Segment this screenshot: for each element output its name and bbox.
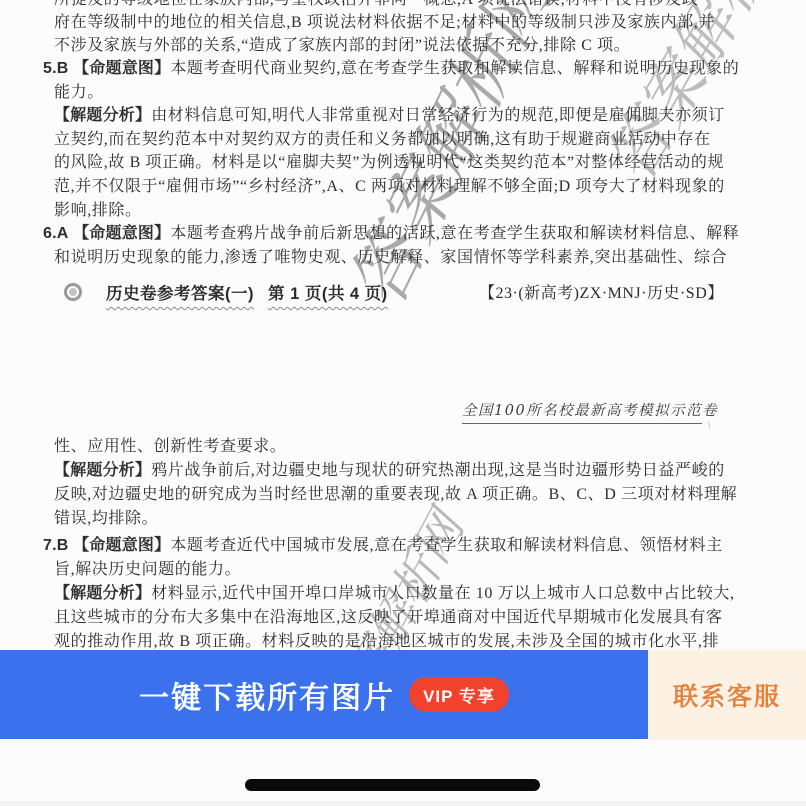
doc-text-line: 【解题分析】由材料信息可知,明代人非常重视对日常经济行为的规范,即便是雇佣脚夫亦…: [54, 104, 725, 128]
exam-code: 【23·(新高考)ZX·MNJ·历史·SD】: [479, 280, 724, 303]
bottom-divider: [0, 801, 806, 806]
doc-text-line: 【解题分析】材料显示,近代中国开埠口岸城市人口数量在 10 万以上城市人口总数中…: [54, 582, 735, 606]
doc-text-line: 7.B 【命题意图】本题考查近代中国城市发展,意在考查学生获取和解读材料信息、领…: [43, 534, 723, 558]
doc-text-line: 影响,排除。: [54, 199, 142, 223]
doc-text-line: 5.B 【命题意图】本题考查明代商业契约,意在考查学生获取和解读信息、解释和说明…: [43, 57, 739, 81]
doc-text-line: 和说明历史现象的能力,渗透了唯物史观、历史解释、家国情怀等学科素养,突出基础性、…: [54, 246, 727, 270]
doc-text-line: 反映,对边疆史地的研究成为当时经世思潮的重要表现,故 A 项正确。B、C、D 三…: [54, 483, 737, 507]
doc-text-line: 【解题分析】鸦片战争前后,对边疆史地与现状的研究热潮出现,这是当时边疆形势日益严…: [54, 459, 725, 483]
doc-text-line: 能力。: [54, 81, 104, 105]
doc-text-line: 错误,均排除。: [54, 507, 158, 531]
contact-support-button[interactable]: 联系客服: [648, 650, 806, 740]
download-all-images-label: 一键下载所有图片: [139, 673, 395, 717]
doc-footer-title: 历史卷参考答案(一)第 1 页(共 4 页): [106, 280, 388, 304]
doc-text-line: 旨,解决历史问题的能力。: [54, 558, 241, 582]
doc-text-line: 不涉及家族与外部的关系,“造成了家族内部的封闭”说法依据不充分,排除 C 项。: [54, 34, 630, 58]
doc-title-text: 历史卷参考答案(一): [106, 285, 254, 303]
page1-footer: 历史卷参考答案(一)第 1 页(共 4 页) 【23·(新高考)ZX·MNJ·历…: [0, 280, 806, 310]
doc-text-line: 立契约,而在契约范本中对契约双方的责任和义务都加以明确,这有助于规避商业活动中存…: [54, 128, 711, 152]
doc-text-line: 性、应用性、创新性考查要求。: [54, 435, 286, 459]
checkmark-tick-icon: ﹨: [702, 415, 716, 433]
contact-support-label: 联系客服: [673, 677, 781, 713]
doc-text-line: 府在等级制中的地位的相关信息,B 项说法材料依据不足;材料中的等级制只涉及家族内…: [54, 11, 715, 35]
home-indicator-bar[interactable]: [245, 779, 540, 791]
doc-text-line: 且这些城市的分布大多集中在沿海地区,这反映了开埠通商对中国近代早期城市化发展具有…: [54, 606, 723, 630]
page-number-text: 第 1 页(共 4 页): [268, 285, 388, 303]
doc-text-line: 的风险,故 B 项正确。材料是以“雇脚夫契”为例透视明代“这类契约范本”对整体经…: [54, 151, 724, 175]
vip-badge: VIP 专享: [409, 677, 509, 712]
page2-series-header: 全国100所名校最新高考模拟示范卷: [462, 399, 702, 424]
app-screen: 所提及的等级地位在家族内部,与皇权政治并非同一概念,A 项说法错误;材料中没有涉…: [0, 0, 806, 806]
doc-text-line: 范,并不仅限于“雇佣市场”“乡村经济”,A、C 两项对材料理解不够全面;D 项夸…: [54, 175, 725, 199]
download-all-images-banner[interactable]: 一键下载所有图片 VIP 专享: [0, 650, 648, 739]
doc-text-line: 6.A 【命题意图】本题考查鸦片战争前后新思想的活跃,意在考查学生获取和解读材料…: [43, 222, 739, 246]
ring-target-icon: [64, 283, 82, 301]
